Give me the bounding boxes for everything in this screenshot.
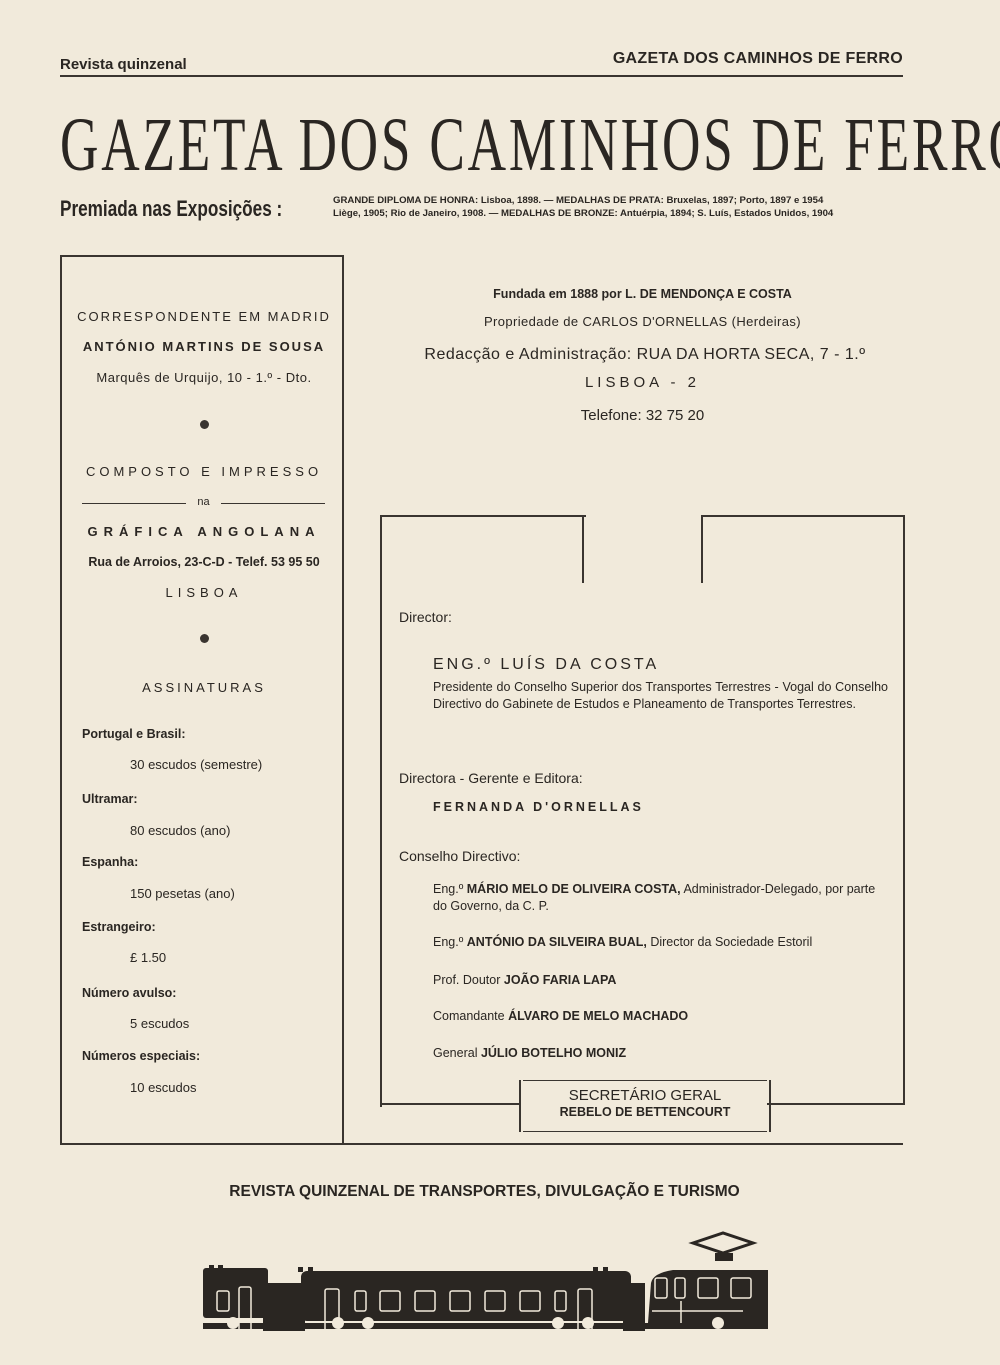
board-member: Prof. Doutor JOÃO FARIA LAPA (433, 972, 888, 989)
running-header-left: Revista quinzenal (60, 56, 187, 73)
secretary-box-top-rule (523, 1080, 767, 1081)
subscription-value: 150 pesetas (ano) (130, 886, 235, 901)
frame-bottom-right (767, 1103, 905, 1105)
bullet-dot-icon (200, 420, 209, 429)
masthead-title: GAZETA DOS CAMINHOS DE FERRO (60, 100, 907, 190)
frame-bottom-left (380, 1103, 520, 1105)
printed-title: COMPOSTO E IMPRESSO (62, 464, 346, 479)
manager-name: FERNANDA D'ORNELLAS (433, 799, 888, 816)
subscription-label: Estrangeiro: (82, 920, 156, 934)
board-member-name: ANTÓNIO DA SILVEIRA BUAL, (467, 935, 647, 949)
address-line: Redacção e Administração: RUA DA HORTA S… (395, 346, 895, 364)
board-member: General JÚLIO BOTELHO MONIZ (433, 1045, 888, 1062)
board-member-prefix: Eng.º (433, 935, 467, 949)
printer-address: Rua de Arroios, 23-C-D - Telef. 53 95 50 (62, 555, 346, 569)
correspondent-name: ANTÓNIO MARTINS DE SOUSA (62, 339, 346, 354)
correspondent-title: CORRESPONDENTE EM MADRID (62, 309, 346, 324)
subscription-label: Espanha: (82, 855, 138, 869)
phone-line: Telefone: 32 75 20 (380, 407, 905, 424)
subscription-label: Portugal e Brasil: (82, 727, 186, 741)
na-divider: na (82, 496, 325, 510)
subscription-value: 5 escudos (130, 1016, 189, 1031)
frame-notch-right (701, 515, 703, 583)
subscription-value: 80 escudos (ano) (130, 823, 230, 838)
subscriptions-title: ASSINATURAS (62, 680, 346, 695)
founded-line: Fundada em 1888 por L. DE MENDONÇA E COS… (380, 287, 905, 301)
secretary-name: REBELO DE BETTENCOURT (521, 1105, 769, 1119)
board-member-name: JOÃO FARIA LAPA (504, 973, 617, 987)
director-name: ENG.º LUÍS DA COSTA (433, 656, 888, 673)
bullet-dot-icon (200, 634, 209, 643)
secretary-box-bottom-rule (523, 1131, 767, 1132)
train-illustration-icon (203, 1203, 768, 1333)
property-line: Propriedade de CARLOS D'ORNELLAS (Herdei… (380, 314, 905, 329)
board-member-name: JÚLIO BOTELHO MONIZ (481, 1046, 626, 1060)
manager-label: Directora - Gerente e Editora: (399, 770, 583, 786)
secretary-title: SECRETÁRIO GERAL (521, 1087, 769, 1104)
header-rule (60, 75, 903, 77)
board-member-prefix: General (433, 1046, 481, 1060)
subscription-value: £ 1.50 (130, 950, 166, 965)
awards-line-1: GRANDE DIPLOMA DE HONRA: Lisboa, 1898. —… (333, 194, 905, 207)
printer-name: GRÁFICA ANGOLANA (62, 524, 346, 539)
printer-city: LISBOA (62, 585, 346, 600)
secretary-box: SECRETÁRIO GERAL REBELO DE BETTENCOURT (519, 1080, 771, 1132)
bottom-rule (60, 1143, 903, 1145)
board-member: Eng.º MÁRIO MELO DE OLIVEIRA COSTA, Admi… (433, 881, 888, 915)
board-member-prefix: Eng.º (433, 882, 467, 896)
board-member-name: ÁLVARO DE MELO MACHADO (508, 1009, 688, 1023)
subscription-label: Números especiais: (82, 1049, 200, 1063)
frame-notch-left (582, 515, 584, 583)
premiada-label: Premiada nas Exposições : (60, 196, 282, 222)
subscription-value: 10 escudos (130, 1080, 197, 1095)
na-word: na (82, 496, 325, 508)
awards-line-2: Liège, 1905; Rio de Janeiro, 1908. — MED… (333, 207, 905, 220)
subscription-label: Ultramar: (82, 792, 138, 806)
awards-text: GRANDE DIPLOMA DE HONRA: Lisboa, 1898. —… (333, 194, 905, 220)
left-info-box: CORRESPONDENTE EM MADRID ANTÓNIO MARTINS… (60, 255, 344, 1145)
director-label: Director: (399, 609, 452, 625)
board-member: Comandante ÁLVARO DE MELO MACHADO (433, 1008, 888, 1025)
divider-line-right (221, 503, 325, 504)
correspondent-address: Marquês de Urquijo, 10 - 1.º - Dto. (62, 370, 346, 385)
board-label: Conselho Directivo: (399, 848, 520, 864)
board-member-name: MÁRIO MELO DE OLIVEIRA COSTA, (467, 882, 681, 896)
board-member-role: Director da Sociedade Estoril (647, 935, 812, 949)
subscription-value: 30 escudos (semestre) (130, 757, 262, 772)
city-line: LISBOA - 2 (380, 374, 905, 391)
board-member: Eng.º ANTÓNIO DA SILVEIRA BUAL, Director… (433, 934, 888, 951)
board-member-prefix: Comandante (433, 1009, 508, 1023)
footer-tagline: REVISTA QUINZENAL DE TRANSPORTES, DIVULG… (203, 1183, 766, 1201)
board-member-prefix: Prof. Doutor (433, 973, 504, 987)
subscription-label: Número avulso: (82, 986, 176, 1000)
running-header-right: GAZETA DOS CAMINHOS DE FERRO (613, 50, 903, 68)
director-description: Presidente do Conselho Superior dos Tran… (433, 679, 888, 713)
